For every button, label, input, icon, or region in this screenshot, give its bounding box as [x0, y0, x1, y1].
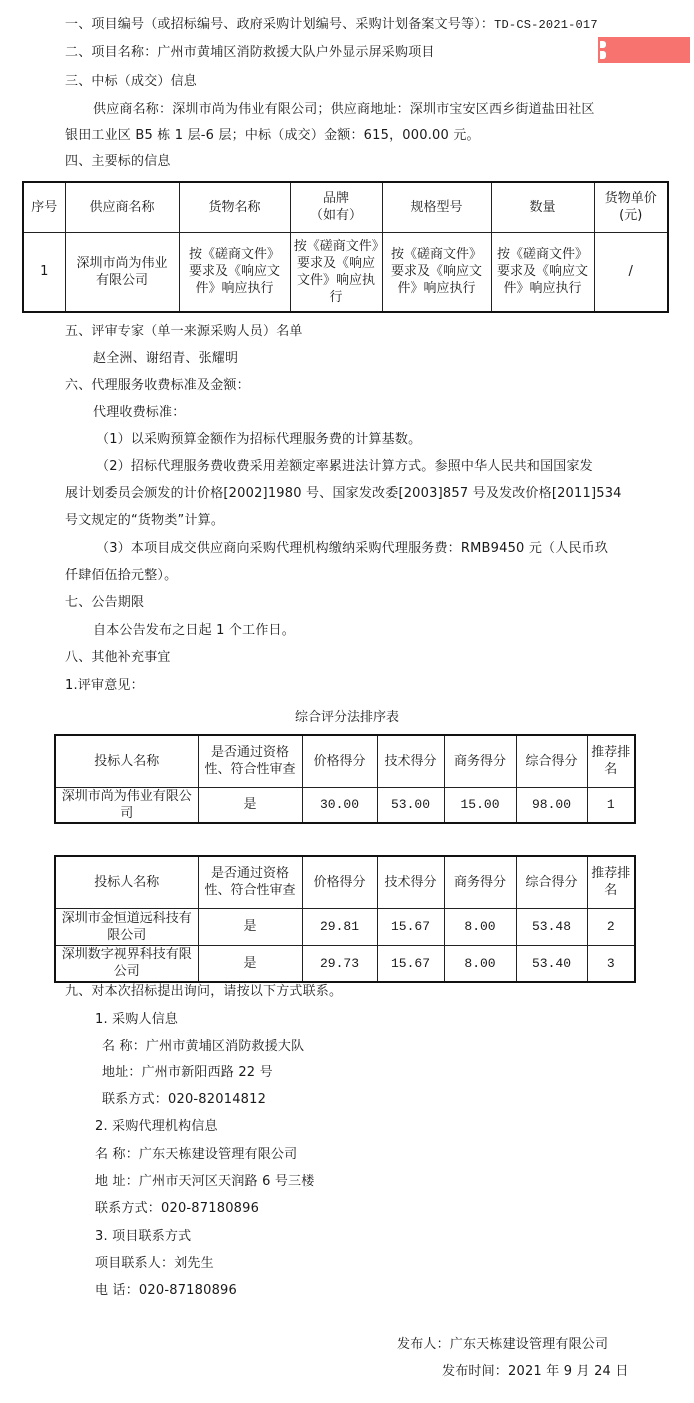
cell-supplier: 深圳市尚为伟业有限公司	[65, 232, 179, 312]
section-other-heading: 八、其他补充事宜	[65, 649, 171, 667]
agency-address: 地 址：广州市天河区天润路 6 号三楼	[95, 1173, 314, 1191]
cell-price-score: 29.81	[302, 908, 377, 945]
header-cell: 推荐排名	[587, 856, 635, 908]
cell-biz-score: 15.00	[444, 787, 516, 823]
project-contact-person: 项目联系人：刘先生	[95, 1255, 214, 1273]
header-cell: 商务得分	[444, 735, 516, 787]
cell-pass: 是	[198, 945, 302, 982]
header-cell: 价格得分	[302, 856, 377, 908]
fee-item-2-line-1: （2）招标代理服务费收费采用差额定率累进法计算方式。参照中华人民共和国国家发	[96, 458, 593, 476]
agency-phone: 联系方式：020-87180896	[95, 1200, 259, 1218]
purchaser-info-title: 1. 采购人信息	[95, 1011, 178, 1029]
header-cell: 投标人名称	[55, 856, 198, 908]
project-number-label: 一、项目编号（或招标编号、政府采购计划编号、采购计划备案文号等）：	[65, 17, 494, 32]
cell-tech-score: 53.00	[377, 787, 444, 823]
award-info-line-2: 银田工业区 B5 栋 1 层-6 层；中标（成交）金额：615，000.00 元…	[65, 127, 480, 145]
project-contact-title: 3. 项目联系方式	[95, 1228, 191, 1246]
cell-tech-score: 15.67	[377, 908, 444, 945]
section-experts-heading: 五、评审专家（单一来源采购人员）名单	[65, 323, 303, 341]
cell-rank: 3	[587, 945, 635, 982]
purchaser-phone: 联系方式：020-82014812	[102, 1091, 266, 1109]
fee-item-2-line-2: 展计划委员会颁发的计价格[2002]1980 号、国家发改委[2003]857 …	[65, 485, 622, 503]
cell-price: /	[594, 232, 668, 312]
goods-table: 序号 供应商名称 货物名称 品牌（如有） 规格型号 数量 货物单价(元) 1 深…	[22, 181, 669, 313]
cell-spec: 按《磋商文件》要求及《响应文件》响应执行	[382, 232, 491, 312]
section-period-heading: 七、公告期限	[65, 594, 144, 612]
cell-pass: 是	[198, 908, 302, 945]
section-fee-heading: 六、代理服务收费标准及金额：	[65, 377, 250, 395]
publish-time: 发布时间：2021 年 9 月 24 日	[442, 1363, 629, 1381]
ranking-table-caption: 综合评分法排序表	[0, 706, 694, 725]
expert-names: 赵全洲、谢绍青、张耀明	[93, 350, 238, 368]
header-cell: 序号	[23, 182, 65, 232]
header-cell: 数量	[491, 182, 594, 232]
project-number-value: TD-CS-2021-017	[494, 18, 598, 32]
cell-no: 1	[23, 232, 65, 312]
purchaser-address: 地址：广州市新阳西路 22 号	[102, 1064, 273, 1082]
fee-item-2-line-3: 号文规定的“货物类”计算。	[65, 512, 224, 530]
header-cell: 技术得分	[377, 856, 444, 908]
agency-name: 名 称：广东天栋建设管理有限公司	[95, 1146, 297, 1164]
agency-info-title: 2. 采购代理机构信息	[95, 1118, 218, 1136]
score-table-header: 投标人名称 是否通过资格性、符合性审查 价格得分 技术得分 商务得分 综合得分 …	[55, 856, 635, 908]
header-cell: 综合得分	[516, 735, 587, 787]
cell-rank: 1	[587, 787, 635, 823]
cell-bidder: 深圳市金恒道远科技有限公司	[55, 908, 198, 945]
cell-biz-score: 8.00	[444, 908, 516, 945]
header-cell: 推荐排名	[587, 735, 635, 787]
fee-standard-label: 代理收费标准：	[93, 404, 185, 422]
cell-bidder: 深圳数字视界科技有限公司	[55, 945, 198, 982]
cell-brand: 按《磋商文件》要求及《响应文件》响应执行	[290, 232, 382, 312]
header-cell: 规格型号	[382, 182, 491, 232]
header-cell: 是否通过资格性、符合性审查	[198, 856, 302, 908]
table-row: 1 深圳市尚为伟业有限公司 按《磋商文件》要求及《响应文件》响应执行 按《磋商文…	[23, 232, 668, 312]
score-table-header: 投标人名称 是否通过资格性、符合性审查 价格得分 技术得分 商务得分 综合得分 …	[55, 735, 635, 787]
cell-total-score: 53.48	[516, 908, 587, 945]
fee-item-1: （1）以采购预算金额作为招标代理服务费的计算基数。	[96, 431, 421, 449]
section-contact-heading: 九、对本次招标提出询问，请按以下方式联系。	[65, 983, 342, 1001]
cell-price-score: 30.00	[302, 787, 377, 823]
section-award-heading: 三、中标（成交）信息	[65, 73, 197, 91]
fee-item-3-line-2: 仟肆佰伍拾元整）。	[65, 567, 177, 585]
header-cell: 投标人名称	[55, 735, 198, 787]
cell-rank: 2	[587, 908, 635, 945]
score-table-1: 投标人名称 是否通过资格性、符合性审查 价格得分 技术得分 商务得分 综合得分 …	[54, 734, 636, 824]
project-contact-phone: 电 话：020-87180896	[95, 1282, 237, 1300]
header-cell: 综合得分	[516, 856, 587, 908]
header-cell: 技术得分	[377, 735, 444, 787]
cell-bidder: 深圳市尚为伟业有限公司	[55, 787, 198, 823]
goods-table-header: 序号 供应商名称 货物名称 品牌（如有） 规格型号 数量 货物单价(元)	[23, 182, 668, 232]
review-opinion-label: 1.评审意见：	[65, 677, 144, 695]
header-cell: 品牌（如有）	[290, 182, 382, 232]
header-cell: 价格得分	[302, 735, 377, 787]
cell-qty: 按《磋商文件》要求及《响应文件》响应执行	[491, 232, 594, 312]
header-cell: 是否通过资格性、符合性审查	[198, 735, 302, 787]
period-text: 自本公告发布之日起 1 个工作日。	[93, 622, 295, 640]
section-main-items-heading: 四、主要标的信息	[65, 153, 171, 171]
header-cell: 货物名称	[179, 182, 290, 232]
project-number-line: 一、项目编号（或招标编号、政府采购计划编号、采购计划备案文号等）：TD-CS-2…	[65, 16, 598, 34]
redaction-box	[598, 37, 690, 63]
table-row: 深圳市金恒道远科技有限公司 是 29.81 15.67 8.00 53.48 2	[55, 908, 635, 945]
fee-item-3-line-1: （3）本项目成交供应商向采购代理机构缴纳采购代理服务费：RMB9450 元（人民…	[96, 540, 608, 558]
cell-price-score: 29.73	[302, 945, 377, 982]
table-row: 深圳数字视界科技有限公司 是 29.73 15.67 8.00 53.40 3	[55, 945, 635, 982]
table-row: 深圳市尚为伟业有限公司 是 30.00 53.00 15.00 98.00 1	[55, 787, 635, 823]
header-cell: 供应商名称	[65, 182, 179, 232]
purchaser-name: 名 称：广州市黄埔区消防救援大队	[102, 1038, 304, 1056]
header-cell: 商务得分	[444, 856, 516, 908]
publisher: 发布人：广东天栋建设管理有限公司	[397, 1336, 608, 1354]
header-cell: 货物单价(元)	[594, 182, 668, 232]
cell-pass: 是	[198, 787, 302, 823]
cell-total-score: 53.40	[516, 945, 587, 982]
award-info-line-1: 供应商名称：深圳市尚为伟业有限公司；供应商地址：深圳市宝安区西乡街道盐田社区	[93, 101, 595, 119]
project-name: 二、项目名称：广州市黄埔区消防救援大队户外显示屏采购项目	[65, 44, 435, 62]
score-table-2: 投标人名称 是否通过资格性、符合性审查 价格得分 技术得分 商务得分 综合得分 …	[54, 855, 636, 983]
cell-goods: 按《磋商文件》要求及《响应文件》响应执行	[179, 232, 290, 312]
cell-total-score: 98.00	[516, 787, 587, 823]
cell-tech-score: 15.67	[377, 945, 444, 982]
cell-biz-score: 8.00	[444, 945, 516, 982]
